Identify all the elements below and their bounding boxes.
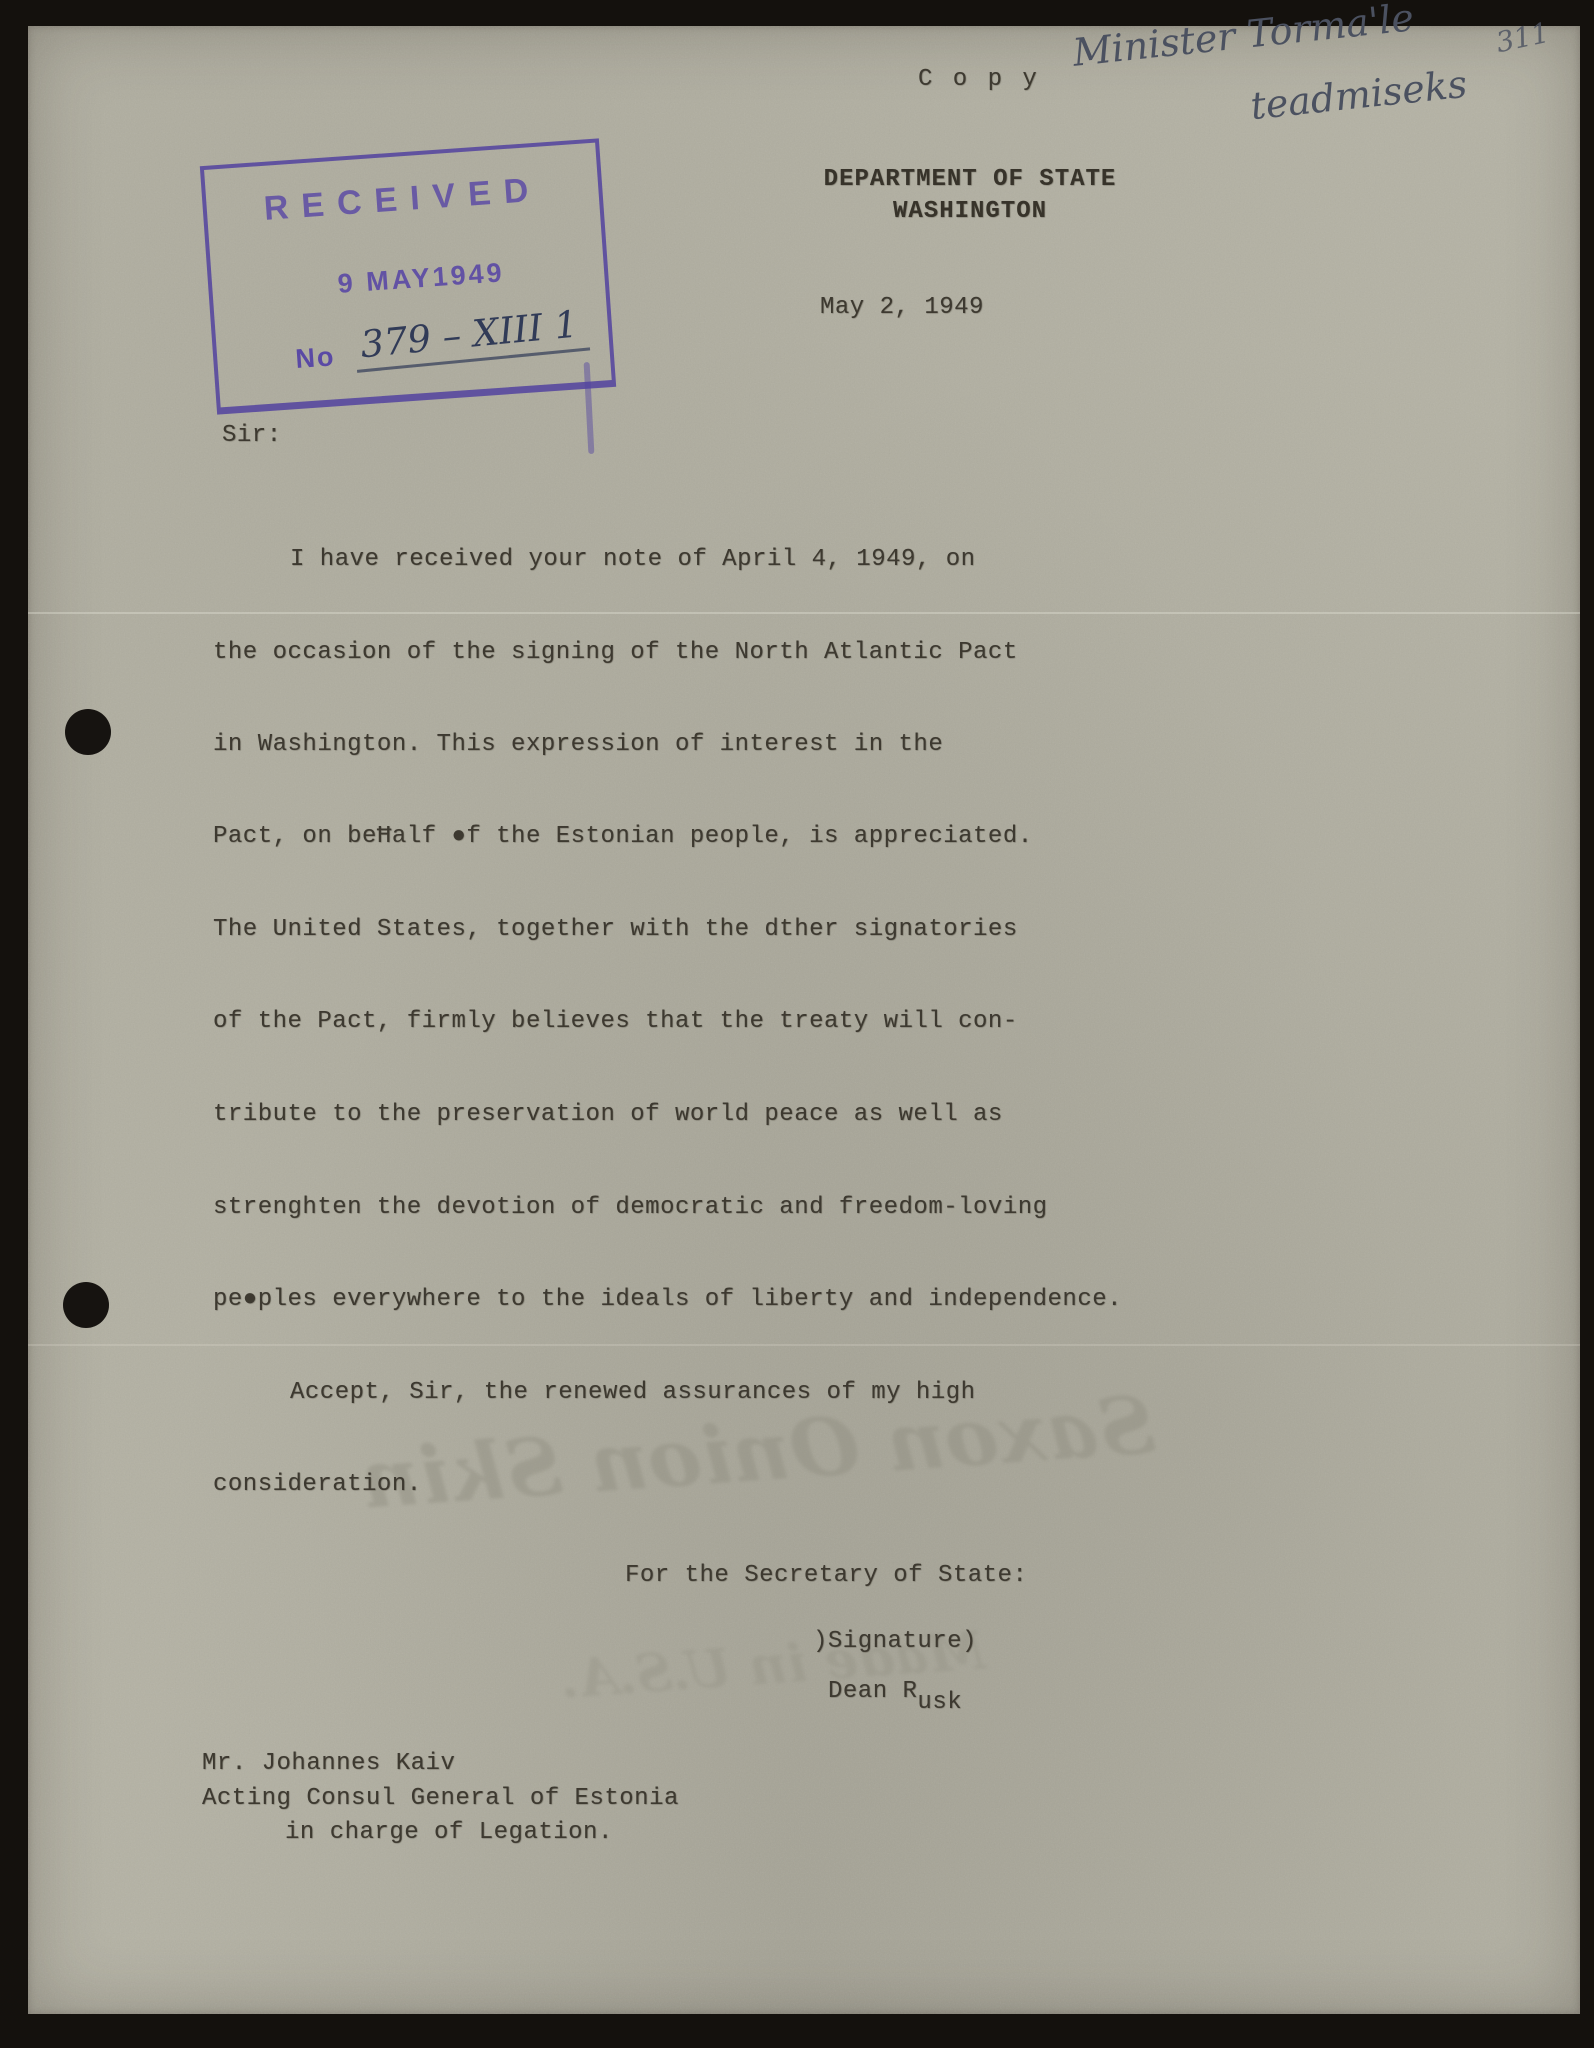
- body-line: Pact, on beĦalf ●f the Estonian people, …: [213, 825, 1033, 849]
- hole-punch: [63, 1282, 109, 1328]
- body-line: I have received your note of April 4, 19…: [290, 548, 976, 572]
- letterhead-line2: WASHINGTON: [760, 200, 1180, 224]
- body-line: consideration.: [213, 1473, 422, 1497]
- body-line: Accept, Sir, the renewed assurances of m…: [290, 1381, 976, 1405]
- recipient-line: in charge of Legation.: [285, 1821, 613, 1845]
- signature-placeholder: )Signature): [813, 1630, 977, 1654]
- stamp-no-label: No: [295, 343, 337, 373]
- stamp-received-text: RECEIVED: [206, 169, 599, 230]
- body-line: of the Pact, firmly believes that the tr…: [213, 1010, 1018, 1034]
- scan-crease: [28, 612, 1580, 614]
- salutation: Sir:: [222, 424, 282, 448]
- scan-crease: [28, 1344, 1580, 1346]
- recipient-line: Acting Consul General of Estonia: [202, 1787, 679, 1811]
- closing-line: For the Secretary of State:: [625, 1564, 1027, 1588]
- stamp-date: 9 MAY1949: [212, 252, 605, 306]
- stamp-number-handwritten: 379 – XIII 1: [353, 305, 590, 373]
- signatory-name: Dean Rusk: [828, 1680, 962, 1704]
- body-line: The United States, together with the dth…: [213, 918, 1018, 942]
- body-line: strenghten the devotion of democratic an…: [213, 1196, 1048, 1220]
- letterhead-line1: DEPARTMENT OF STATE: [760, 168, 1180, 192]
- body-line: pe●ples everywhere to the ideals of libe…: [213, 1288, 1122, 1312]
- body-line: the occasion of the signing of the North…: [213, 641, 1018, 665]
- body-line: in Washington. This expression of intere…: [213, 733, 943, 757]
- copy-label: C o p y: [918, 68, 1040, 92]
- signatory-first: Dean R: [828, 1678, 917, 1705]
- letterhead: DEPARTMENT OF STATE WASHINGTON: [760, 168, 1180, 232]
- signatory-subscript: usk: [917, 1689, 962, 1716]
- hole-punch: [65, 709, 111, 755]
- received-stamp: RECEIVED 9 MAY1949 No 379 – XIII 1: [200, 138, 616, 414]
- letter-date: May 2, 1949: [820, 296, 984, 320]
- body-line: tribute to the preservation of world pea…: [213, 1103, 1003, 1127]
- recipient-line: Mr. Johannes Kaiv: [202, 1752, 455, 1776]
